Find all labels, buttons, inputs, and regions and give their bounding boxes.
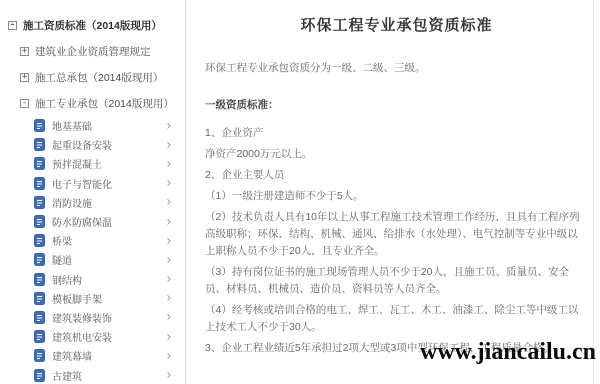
sidebar-item-label: 地基基础 (52, 118, 92, 133)
sidebar-item-label: 建筑机电安装 (52, 329, 112, 344)
tree-group-label: 施工专业承包（2014版现用） (35, 96, 174, 111)
sidebar-item-decoration[interactable]: 建筑装修装饰 › (0, 308, 185, 327)
chevron-right-icon: › (167, 118, 171, 131)
tree-root-label: 施工资质标准（2014版现用） (23, 18, 162, 33)
sidebar-item-label: 建筑装修装饰 (52, 310, 112, 325)
page-title: 环保工程专业承包资质标准 (205, 16, 588, 36)
site-watermark: www.jiancailu.cn (420, 339, 596, 366)
section-heading-grade1: 一级资质标准： (205, 97, 588, 114)
sidebar-item-label: 古建筑 (52, 368, 82, 383)
document-icon (34, 119, 45, 132)
document-icon (34, 196, 45, 209)
sidebar-item-label: 钢结构 (52, 272, 82, 287)
chevron-right-icon: › (167, 214, 171, 227)
chevron-right-icon: › (167, 233, 171, 246)
sidebar-item-bridge[interactable]: 桥梁 › (0, 231, 185, 250)
paragraph-enterprise-assets: 1、企业资产 (205, 125, 588, 142)
chevron-right-icon: › (167, 291, 171, 304)
chevron-right-icon: › (167, 195, 171, 208)
article-content: 环保工程专业承包资质标准 环保工程专业承包资质分为一级、二级、三级。 一级资质标… (187, 0, 600, 384)
chevron-right-icon: › (167, 367, 171, 380)
document-icon (34, 157, 45, 170)
sidebar-item-tunnel[interactable]: 隧道 › (0, 250, 185, 269)
paragraph-net-assets: 净资产2000万元以上。 (205, 146, 588, 163)
document-icon (34, 215, 45, 228)
sidebar-item-ancient-building[interactable]: 古建筑 › (0, 365, 185, 384)
sidebar-item-mechanical-electrical[interactable]: 建筑机电安装 › (0, 327, 185, 346)
sidebar-item-waterproof-anticorrosion[interactable]: 防水防腐保温 › (0, 212, 185, 231)
sidebar-item-label: 起重设备安装 (52, 137, 112, 152)
sidebar-item-curtain-wall[interactable]: 建筑幕墙 › (0, 346, 185, 365)
document-icon (34, 253, 45, 266)
sidebar-item-label: 桥梁 (52, 233, 72, 248)
content-right-border (593, 0, 594, 384)
chevron-right-icon: › (167, 176, 171, 189)
document-icon (34, 138, 45, 151)
paragraph-site-managers: （3）持有岗位证书的施工现场管理人员不少于20人，且施工员、质量员、安全员、材料… (205, 264, 588, 298)
sidebar-item-ready-mixed-concrete[interactable]: 预拌混凝土 › (0, 154, 185, 173)
tree-group-management-rules[interactable]: + 建筑业企业资质管理规定 (0, 38, 185, 64)
chevron-right-icon: › (167, 329, 171, 342)
intro-paragraph: 环保工程专业承包资质分为一级、二级、三级。 (205, 60, 588, 77)
paragraph-key-personnel: 2、企业主要人员 (205, 167, 588, 184)
chevron-right-icon: › (167, 272, 171, 285)
sidebar-item-steel-structure[interactable]: 钢结构 › (0, 270, 185, 289)
chevron-right-icon: › (167, 137, 171, 150)
tree-group-label: 建筑业企业资质管理规定 (35, 44, 151, 59)
chevron-right-icon: › (167, 348, 171, 361)
sidebar-nav-tree: - 施工资质标准（2014版现用） + 建筑业企业资质管理规定 + 施工总承包（… (0, 0, 186, 384)
paragraph-registered-builders: （1）一级注册建造师不少于5人。 (205, 188, 588, 205)
expand-toggle-icon[interactable]: + (20, 47, 29, 56)
sidebar-item-electronics-intelligence[interactable]: 电子与智能化 › (0, 174, 185, 193)
tree-group-label: 施工总承包（2014版现用） (35, 70, 163, 85)
paragraph-technical-lead: （2）技术负责人具有10年以上从事工程施工技术管理工作经历，且具有工程序列高级职… (205, 209, 588, 260)
chevron-right-icon: › (167, 156, 171, 169)
sidebar-item-lifting-equipment[interactable]: 起重设备安装 › (0, 135, 185, 154)
sidebar-item-label: 消防设施 (52, 195, 92, 210)
sidebar-item-fire-facilities[interactable]: 消防设施 › (0, 193, 185, 212)
sidebar-item-label: 建筑幕墙 (52, 348, 92, 363)
chevron-right-icon: › (167, 252, 171, 265)
document-icon (34, 234, 45, 247)
sidebar-item-label: 预拌混凝土 (52, 156, 102, 171)
sidebar-item-label: 防水防腐保温 (52, 214, 112, 229)
collapse-toggle-icon[interactable]: - (20, 99, 29, 108)
document-icon (34, 349, 45, 362)
expand-toggle-icon[interactable]: + (20, 73, 29, 82)
document-icon (34, 330, 45, 343)
sidebar-item-label: 模板脚手架 (52, 291, 102, 306)
tree-group-general-contracting[interactable]: + 施工总承包（2014版现用） (0, 64, 185, 90)
tree-group-specialty-contracting[interactable]: - 施工专业承包（2014版现用） (0, 90, 185, 116)
sidebar-item-label: 隧道 (52, 252, 72, 267)
document-icon (34, 177, 45, 190)
page: - 施工资质标准（2014版现用） + 建筑业企业资质管理规定 + 施工总承包（… (0, 0, 600, 384)
sidebar-item-foundation[interactable]: 地基基础 › (0, 116, 185, 135)
document-icon (34, 369, 45, 382)
paragraph-skilled-workers: （4）经考核或培训合格的电工、焊工、瓦工、木工、油漆工、除尘工等中级工以上技术工… (205, 302, 588, 336)
document-icon (34, 292, 45, 305)
chevron-right-icon: › (167, 310, 171, 323)
tree-root-construction-qualification[interactable]: - 施工资质标准（2014版现用） (0, 12, 185, 38)
sidebar-item-label: 电子与智能化 (52, 176, 112, 191)
sidebar-item-formwork-scaffolding[interactable]: 模板脚手架 › (0, 289, 185, 308)
collapse-toggle-icon[interactable]: - (8, 21, 17, 30)
document-icon (34, 273, 45, 286)
document-icon (34, 311, 45, 324)
